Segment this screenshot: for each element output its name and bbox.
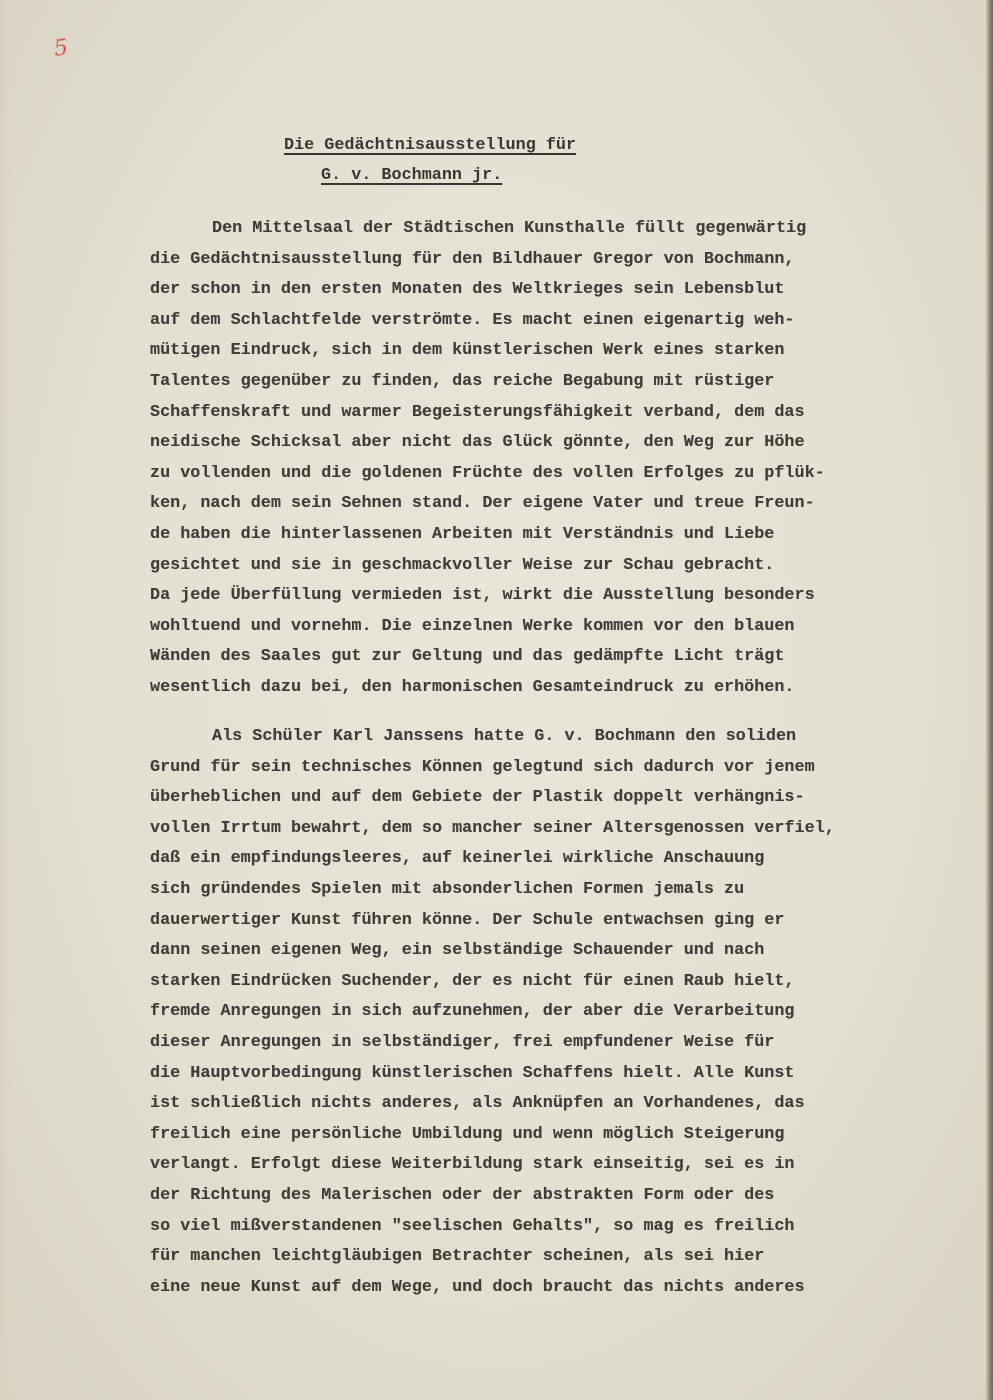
document-page: 5 Die Gedächtnisausstellung für G. v. Bo… xyxy=(0,0,993,1400)
text-line: verlangt. Erfolgt diese Weiterbildung st… xyxy=(150,1150,990,1181)
text-line: zu vollenden und die goldenen Früchte de… xyxy=(150,459,990,490)
text-line: freilich eine persönliche Umbildung und … xyxy=(150,1120,990,1151)
text-line: gesichtet und sie in geschmackvoller Wei… xyxy=(150,551,990,582)
text-line: daß ein empfindungsleeres, auf keinerlei… xyxy=(150,844,990,875)
text-line: Den Mittelsaal der Städtischen Kunsthall… xyxy=(150,214,990,245)
text-line: sich gründendes Spielen mit absonderlich… xyxy=(150,875,990,906)
text-line: wesentlich dazu bei, den harmonischen Ge… xyxy=(150,673,990,704)
paragraph: Den Mittelsaal der Städtischen Kunsthall… xyxy=(150,214,990,704)
text-line: der Richtung des Malerischen oder der ab… xyxy=(150,1181,990,1212)
text-line: de haben die hinterlassenen Arbeiten mit… xyxy=(150,520,990,551)
text-line: eine neue Kunst auf dem Wege, und doch b… xyxy=(150,1273,990,1304)
text-line: dann seinen eigenen Weg, ein selbständig… xyxy=(150,936,990,967)
text-line: fremde Anregungen in sich aufzunehmen, d… xyxy=(150,997,990,1028)
text-line: Wänden des Saales gut zur Geltung und da… xyxy=(150,642,990,673)
text-line: ken, nach dem sein Sehnen stand. Der eig… xyxy=(150,489,990,520)
title-line: G. v. Bochmann jr. xyxy=(321,166,502,185)
text-line: ist schließlich nichts anderes, als Ankn… xyxy=(150,1089,990,1120)
text-line: auf dem Schlachtfelde verströmte. Es mac… xyxy=(150,306,990,337)
text-line: Talentes gegenüber zu finden, das reiche… xyxy=(150,367,990,398)
folio-page-number: 5 xyxy=(52,35,69,62)
text-line: überheblichen und auf dem Gebiete der Pl… xyxy=(150,783,990,814)
text-line: vollen Irrtum bewahrt, dem so mancher se… xyxy=(150,814,990,845)
text-line: die Gedächtnisausstellung für den Bildha… xyxy=(150,245,990,276)
text-line: für manchen leichtgläubigen Betrachter s… xyxy=(150,1242,990,1273)
paragraph: Als Schüler Karl Janssens hatte G. v. Bo… xyxy=(150,722,990,1303)
text-line: Als Schüler Karl Janssens hatte G. v. Bo… xyxy=(150,722,990,753)
title-line: Die Gedächtnisausstellung für xyxy=(284,136,576,155)
text-line: wohltuend und vornehm. Die einzelnen Wer… xyxy=(150,612,990,643)
text-line: Schaffenskraft und warmer Begeisterungsf… xyxy=(150,398,990,429)
text-line: Da jede Überfüllung vermieden ist, wirkt… xyxy=(150,581,990,612)
text-line: dauerwertiger Kunst führen könne. Der Sc… xyxy=(150,906,990,937)
text-line: neidische Schicksal aber nicht das Glück… xyxy=(150,428,990,459)
text-line: mütigen Eindruck, sich in dem künstleris… xyxy=(150,336,990,367)
text-line: Grund für sein technisches Können gelegt… xyxy=(150,753,990,784)
text-line: dieser Anregungen in selbständiger, frei… xyxy=(150,1028,990,1059)
text-line: so viel mißverstandenen "seelischen Geha… xyxy=(150,1212,990,1243)
text-line: starken Eindrücken Suchender, der es nic… xyxy=(150,967,990,998)
text-line: der schon in den ersten Monaten des Welt… xyxy=(150,275,990,306)
page-shadow-left xyxy=(0,0,10,1400)
text-line: die Hauptvorbedingung künstlerischen Sch… xyxy=(150,1059,990,1090)
